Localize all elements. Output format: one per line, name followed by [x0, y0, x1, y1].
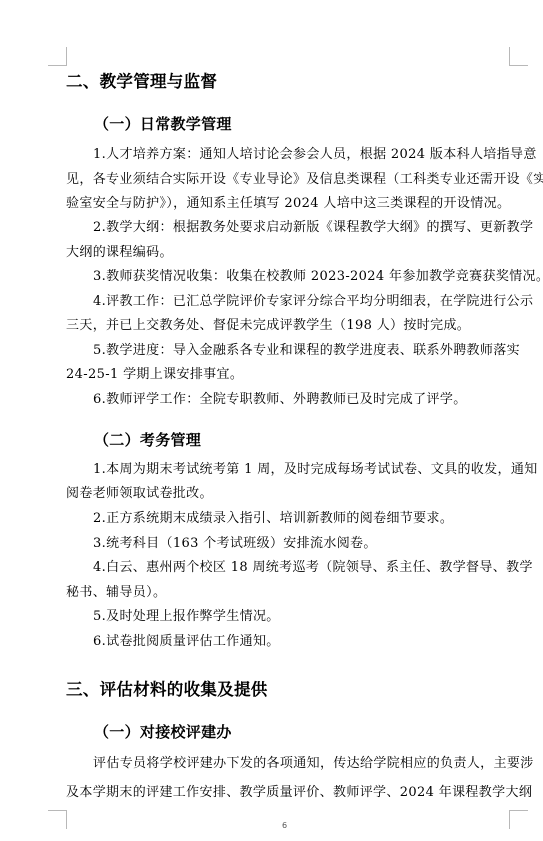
crop-mark-top-left-h: [48, 65, 67, 66]
paragraph-line: 4.评教工作：已汇总学院评价专家评分综合平均分明细表，在学院进行公示: [93, 294, 509, 310]
paragraph-line: 三天，并已上交教务处、督促未完成评教学生（198 人）按时完成。: [66, 318, 509, 334]
subsection-heading: （一）对接校评建办: [94, 722, 232, 742]
paragraph-line: 大纲的课程编码。: [66, 245, 509, 261]
paragraph-line: 2.正方系统期末成绩录入指引、培训新教师的阅卷细节要求。: [93, 511, 509, 527]
paragraph-line: 验室安全与防护》），通知系主任填写 2024 人培中这三类课程的开设情况。: [66, 196, 509, 212]
crop-mark-top-right-v: [509, 47, 510, 66]
crop-mark-top-left-v: [66, 47, 67, 66]
paragraph-line: 5.及时处理上报作弊学生情况。: [93, 609, 509, 625]
crop-mark-bottom-right-v: [509, 810, 510, 829]
crop-mark-bottom-right-h: [509, 810, 528, 811]
paragraph-line: 4.白云、惠州两个校区 18 周统考巡考（院领导、系主任、教学督导、教学: [93, 560, 509, 576]
paragraph-line: 2.教学大纲：根据教务处要求启动新版《课程教学大纲》的撰写、更新教学: [93, 220, 509, 236]
paragraph-line: 1.本周为期末考试统考第 1 周，及时完成每场考试试卷、文具的收发，通知: [93, 462, 509, 478]
paragraph-line: 3.统考科目（163 个考试班级）安排流水阅卷。: [93, 536, 509, 552]
paragraph-line: 秘书、辅导员）。: [66, 585, 509, 601]
paragraph-line: 见，各专业须结合实际开设《专业导论》及信息类课程（工科类专业还需开设《实: [66, 172, 509, 188]
section-heading: 二、教学管理与监督: [66, 72, 217, 92]
paragraph-line: 阅卷老师领取试卷批改。: [66, 486, 509, 502]
section-heading: 三、评估材料的收集及提供: [66, 680, 268, 700]
paragraph-line: 24-25-1 学期上课安排事宜。: [66, 367, 509, 383]
subsection-heading: （二）考务管理: [94, 430, 201, 450]
paragraph-line: 6.试卷批阅质量评估工作通知。: [93, 634, 509, 650]
crop-mark-bottom-left-v: [66, 810, 67, 829]
paragraph-line: 6.教师评学工作：全院专职教师、外聘教师已及时完成了评学。: [93, 392, 509, 408]
paragraph-line: 1.人才培养方案：通知人培讨论会参会人员，根据 2024 版本科人培指导意: [93, 147, 509, 163]
paragraph-line: 评估专员将学校评建办下发的各项通知，传达给学院相应的负责人，主要涉: [93, 756, 509, 772]
paragraph-line: 5.教学进度：导入金融系各专业和课程的教学进度表、联系外聘教师落实: [93, 343, 509, 359]
paragraph-line: 及本学期末的评建工作安排、教学质量评价、教师评学、2024 年课程教学大纲: [66, 785, 509, 801]
page-number: 6: [282, 821, 287, 830]
crop-mark-bottom-left-h: [48, 810, 67, 811]
crop-mark-top-right-h: [509, 65, 528, 66]
paragraph-line: 3.教师获奖情况收集：收集在校教师 2023-2024 年参加教学竞赛获奖情况。: [93, 269, 509, 285]
subsection-heading: （一）日常教学管理: [94, 114, 232, 134]
